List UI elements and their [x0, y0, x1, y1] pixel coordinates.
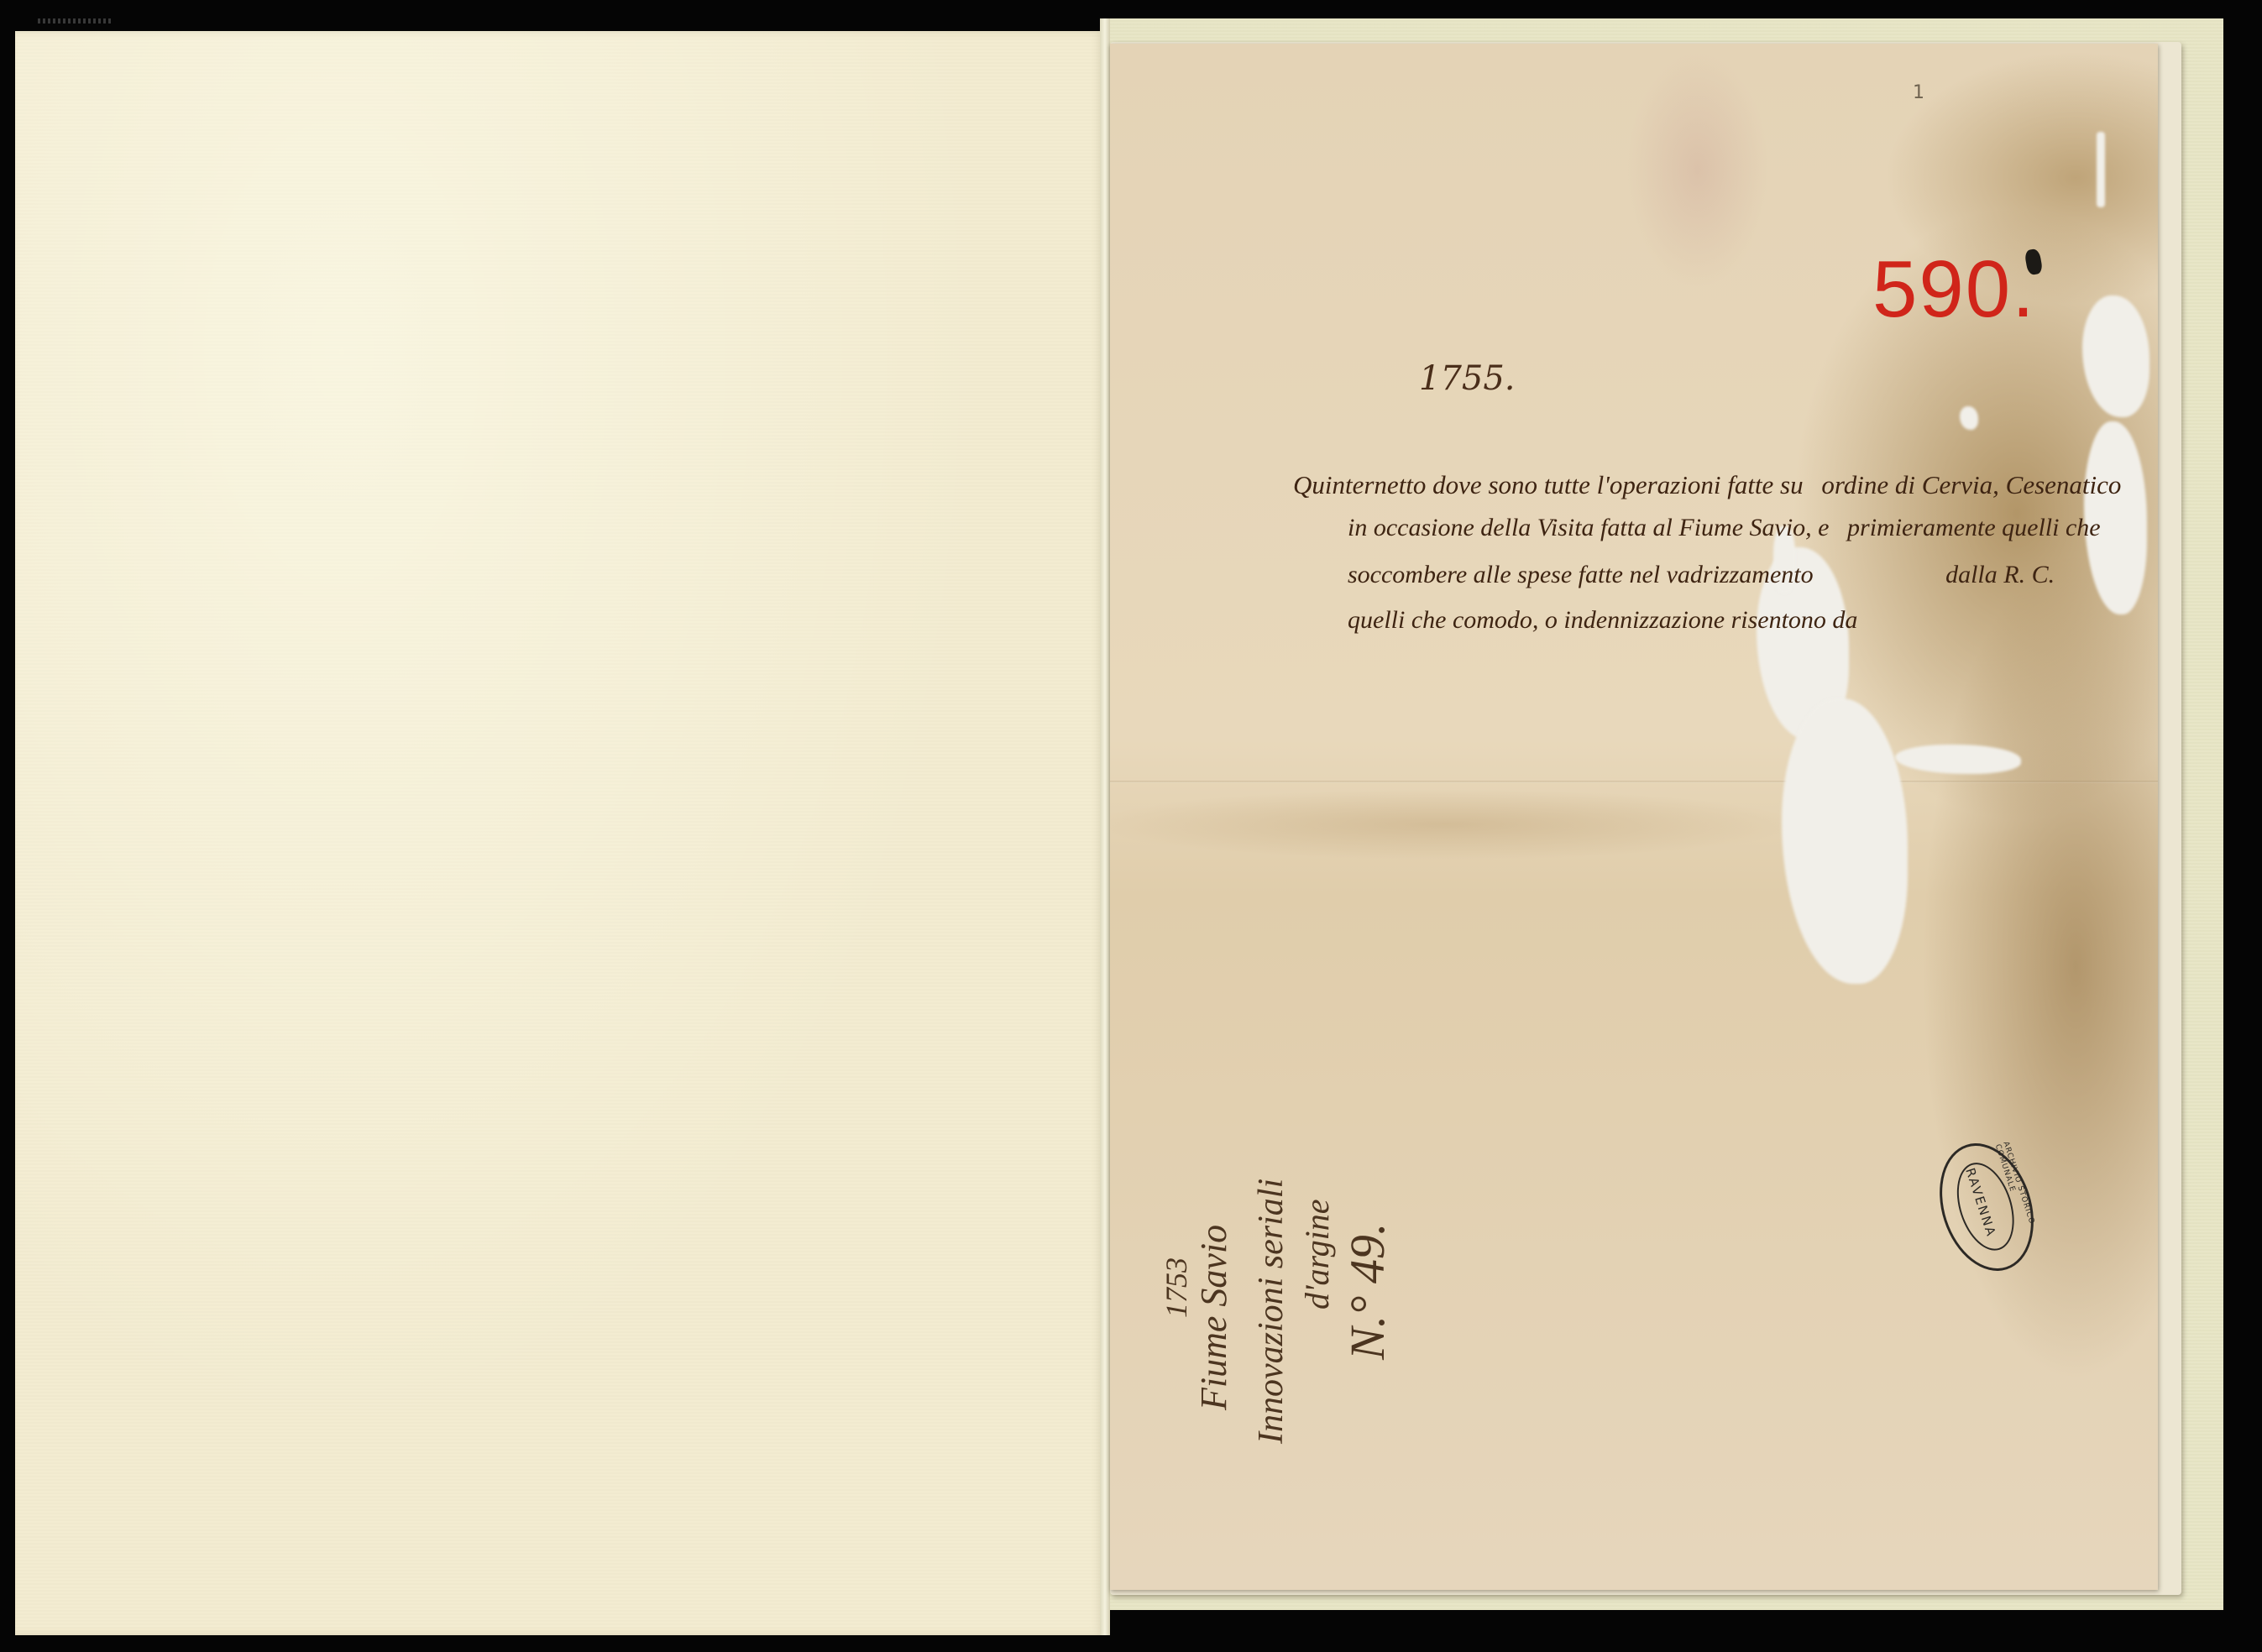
archive-number: 590. [1872, 243, 2036, 336]
scan-header-label [38, 18, 113, 24]
endorsement-number: N.° 49. [1339, 1223, 1395, 1360]
folio-number: 1 [1913, 82, 1924, 103]
paper-tear-top-right [2097, 132, 2105, 207]
paper-loss-center-lower [1782, 698, 1908, 984]
body-line-4: quelli che comodo, o indennizzazione ris… [1348, 606, 1857, 635]
paper-loss-small [1960, 406, 1978, 430]
body-line-2: in occasione della Visita fatta al Fiume… [1348, 514, 2101, 542]
horizontal-fold [1110, 781, 2158, 783]
folder-left-cover [15, 31, 1104, 1635]
paper-loss-branch [1895, 745, 2021, 774]
endorsement-year: 1753 [1159, 1257, 1194, 1318]
body-line-1: Quinternetto dove sono tutte l'operazion… [1293, 470, 2121, 500]
endorsement-river: Fiume Savio [1192, 1225, 1235, 1410]
endorsement-rotated: 1753 Fiume Savio Innovazioni seriali d'a… [1159, 1024, 1427, 1461]
endorsement-subject: Innovazioni seriali [1251, 1179, 1291, 1444]
body-line-3: soccombere alle spese fatte nel vadrizza… [1348, 561, 2055, 589]
year-heading: 1755. [1419, 359, 1516, 398]
endorsement-subject-2: d'argine [1297, 1199, 1337, 1310]
folder-spine [1100, 18, 1110, 1635]
paper-loss-right-upper [2082, 295, 2149, 417]
